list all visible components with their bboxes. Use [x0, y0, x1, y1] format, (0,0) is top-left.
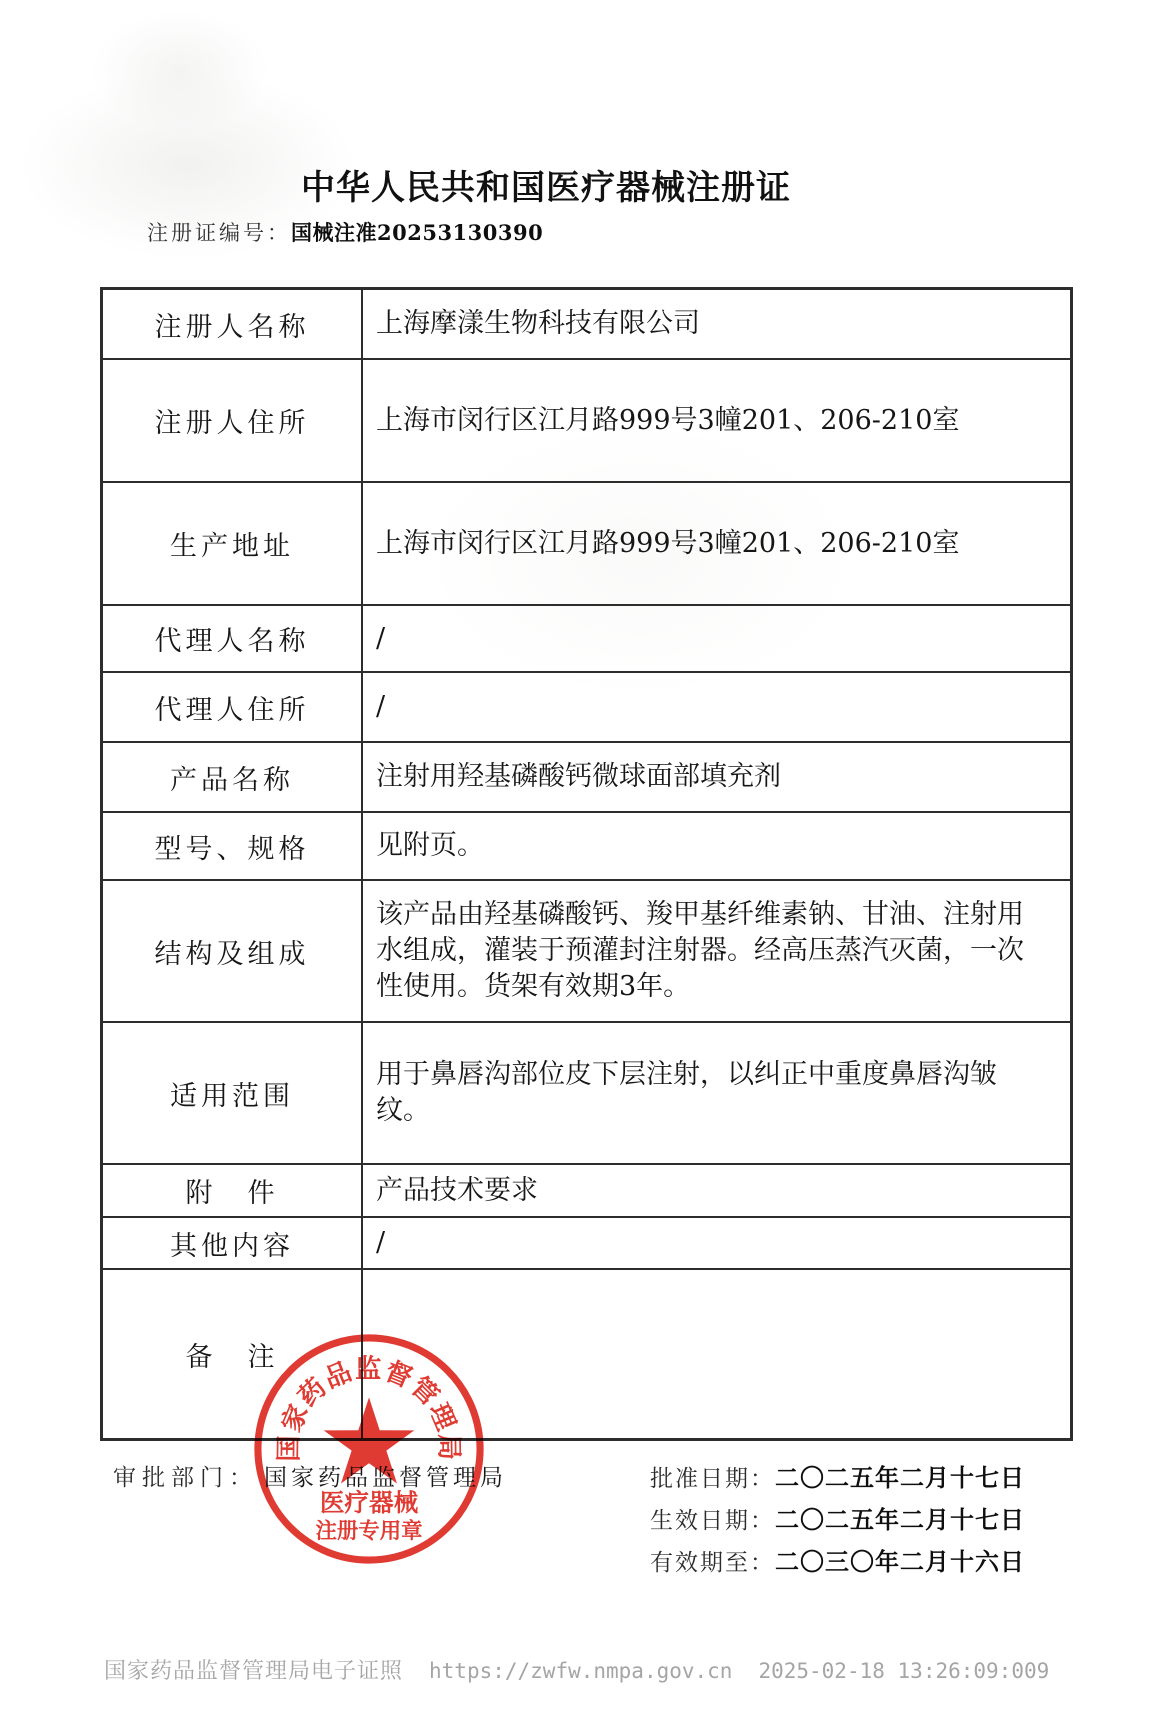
- row-label: 生产地址: [103, 483, 363, 604]
- footer-url: https://zwfw.nmpa.gov.cn: [429, 1659, 732, 1683]
- table-row: 代理人名称 /: [103, 606, 1070, 673]
- registration-table: 注册人名称 上海摩漾生物科技有限公司 注册人住所 上海市闵行区江月路999号3幢…: [100, 287, 1073, 1441]
- table-row: 代理人住所 /: [103, 673, 1070, 743]
- table-row: 注册人住所 上海市闵行区江月路999号3幢201、206-210室: [103, 360, 1070, 483]
- effective-date-value: 二〇二五年二月十七日: [775, 1505, 1025, 1534]
- table-row: 附 件 产品技术要求: [103, 1165, 1070, 1218]
- table-row: 生产地址 上海市闵行区江月路999号3幢201、206-210室: [103, 483, 1070, 606]
- table-row: 结构及组成 该产品由羟基磷酸钙、羧甲基纤维素钠、甘油、注射用水组成，灌装于预灌封…: [103, 881, 1070, 1023]
- scan-smudge: [90, 10, 270, 130]
- effective-date-label: 生效日期：: [650, 1508, 775, 1534]
- table-row: 适用范围 用于鼻唇沟部位皮下层注射，以纠正中重度鼻唇沟皱纹。: [103, 1023, 1070, 1165]
- date-block: 批准日期：二〇二五年二月十七日 生效日期：二〇二五年二月十七日 有效期至：二〇三…: [650, 1457, 1025, 1583]
- stamp-line1: 医疗器械: [320, 1488, 419, 1517]
- approval-date-label: 批准日期：: [650, 1466, 775, 1492]
- row-value: 上海摩漾生物科技有限公司: [363, 290, 1070, 358]
- approval-date-value: 二〇二五年二月十七日: [775, 1463, 1025, 1492]
- row-label: 产品名称: [103, 743, 363, 811]
- row-value: /: [363, 606, 1070, 671]
- row-label: 适用范围: [103, 1023, 363, 1163]
- row-value: /: [363, 673, 1070, 741]
- row-value: /: [363, 1218, 1070, 1268]
- table-row: 其他内容 /: [103, 1218, 1070, 1270]
- approval-department-label: 审批部门：: [113, 1465, 258, 1491]
- row-value: 注射用羟基磷酸钙微球面部填充剂: [363, 743, 1070, 811]
- row-label: 注册人名称: [103, 290, 363, 358]
- table-row: 备 注: [103, 1270, 1070, 1438]
- row-label: 其他内容: [103, 1218, 363, 1268]
- footer-issuer: 国家药品监督管理局电子证照: [104, 1659, 403, 1684]
- row-value: 该产品由羟基磷酸钙、羧甲基纤维素钠、甘油、注射用水组成，灌装于预灌封注射器。经高…: [363, 881, 1070, 1021]
- row-value: 上海市闵行区江月路999号3幢201、206-210室: [363, 360, 1070, 481]
- footer: 国家药品监督管理局电子证照https://zwfw.nmpa.gov.cn202…: [104, 1654, 1049, 1685]
- expiry-date-value: 二〇三〇年二月十六日: [775, 1547, 1025, 1576]
- certificate-number: 注册证编号：国械注准20253130390: [147, 217, 543, 247]
- row-label: 注册人住所: [103, 360, 363, 481]
- approval-date-line: 批准日期：二〇二五年二月十七日: [650, 1457, 1025, 1499]
- row-label: 型号、规格: [103, 813, 363, 879]
- row-value: 产品技术要求: [363, 1165, 1070, 1216]
- footer-timestamp: 2025-02-18 13:26:09:009: [758, 1659, 1049, 1683]
- certificate-number-label: 注册证编号：: [147, 221, 291, 245]
- expiry-date-line: 有效期至：二〇三〇年二月十六日: [650, 1541, 1025, 1583]
- row-label: 代理人住所: [103, 673, 363, 741]
- row-value: 见附页。: [363, 813, 1070, 879]
- row-label: 附 件: [103, 1165, 363, 1216]
- stamp-star-icon: [324, 1397, 415, 1483]
- table-row: 产品名称 注射用羟基磷酸钙微球面部填充剂: [103, 743, 1070, 813]
- row-label: 代理人名称: [103, 606, 363, 671]
- table-row: 注册人名称 上海摩漾生物科技有限公司: [103, 290, 1070, 360]
- row-label: 结构及组成: [103, 881, 363, 1021]
- certificate-number-value: 国械注准20253130390: [291, 220, 543, 245]
- row-value: 上海市闵行区江月路999号3幢201、206-210室: [363, 483, 1070, 604]
- expiry-date-label: 有效期至：: [650, 1550, 775, 1576]
- stamp-line2: 注册专用章: [315, 1518, 422, 1544]
- row-value: 用于鼻唇沟部位皮下层注射，以纠正中重度鼻唇沟皱纹。: [363, 1023, 1070, 1163]
- effective-date-line: 生效日期：二〇二五年二月十七日: [650, 1499, 1025, 1541]
- official-seal-stamp: 国家药品监督管理局 医疗器械 注册专用章: [250, 1330, 488, 1568]
- page-title: 中华人民共和国医疗器械注册证: [0, 160, 1092, 209]
- table-row: 型号、规格 见附页。: [103, 813, 1070, 881]
- certificate-page: 中华人民共和国医疗器械注册证 注册证编号：国械注准20253130390 注册人…: [0, 0, 1170, 1714]
